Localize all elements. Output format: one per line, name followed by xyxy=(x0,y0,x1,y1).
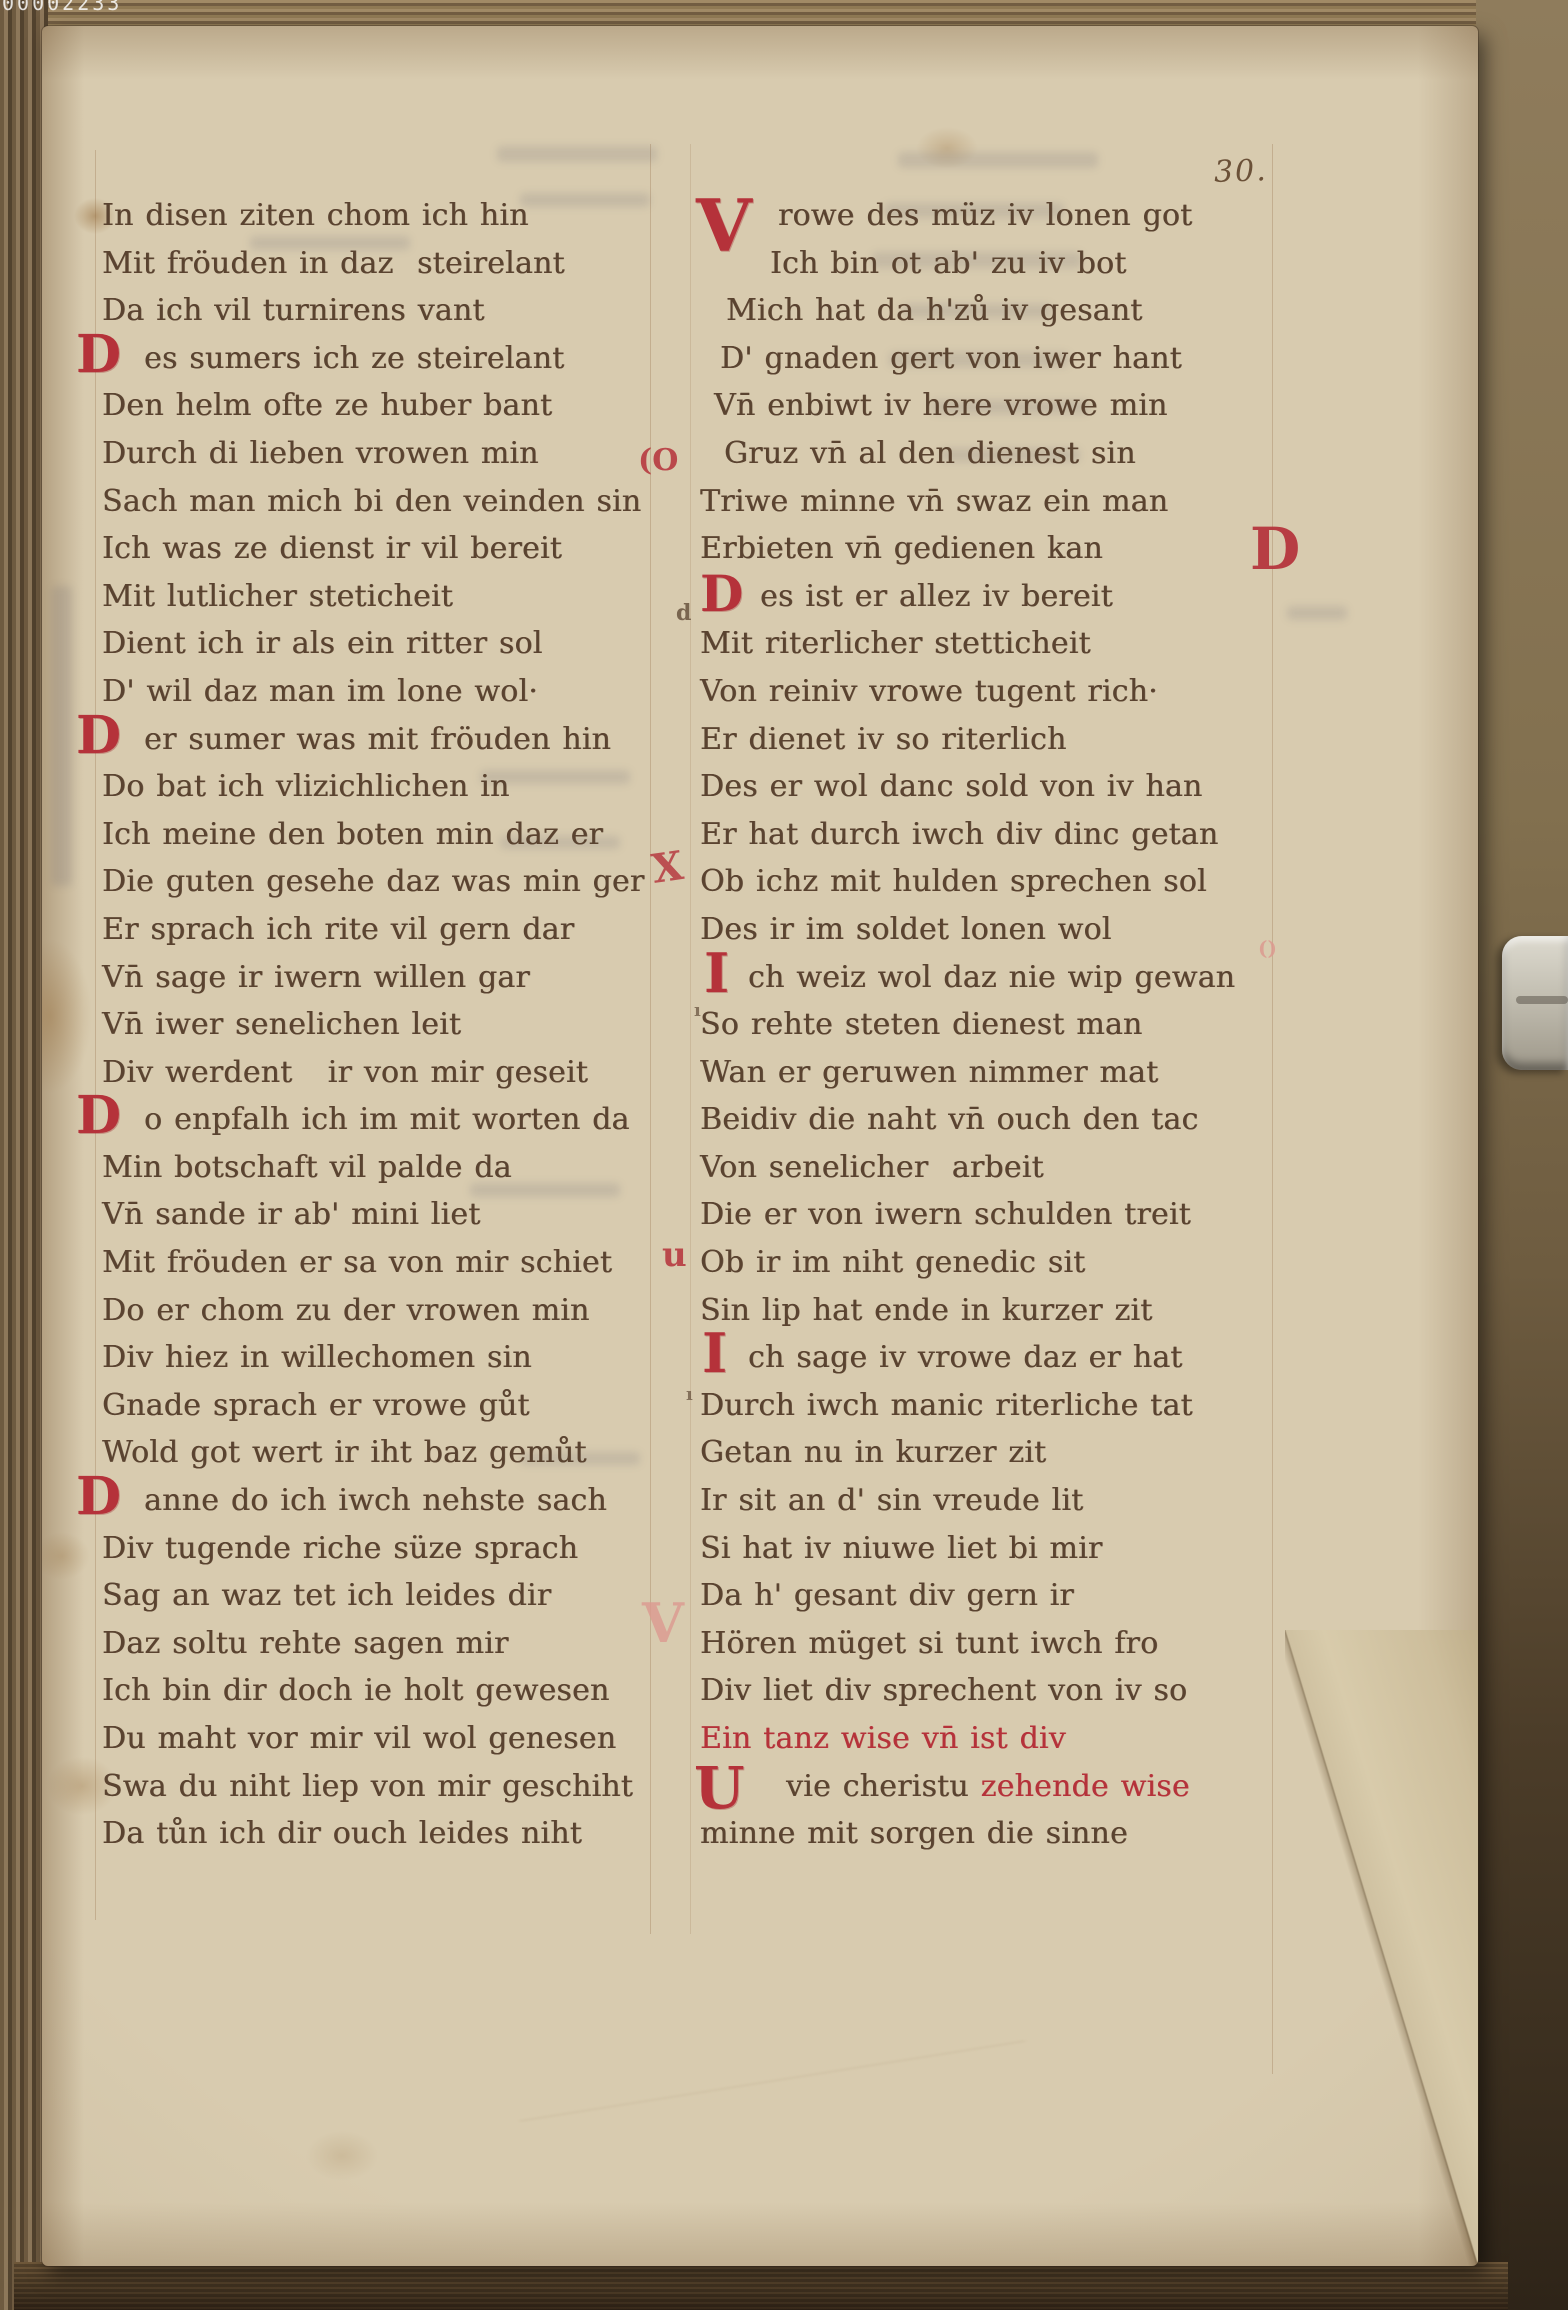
verse-line: Gnade sprach er vrowe gůt xyxy=(102,1382,662,1430)
verse-text: Mit fröuden er sa von mir schiet xyxy=(102,1245,612,1280)
verse-line: Ob ichz mit hulden sprechen sol xyxy=(700,858,1284,906)
verse-text: Getan nu in kurzer zit xyxy=(700,1435,1046,1470)
verse-line: Si hat iv niuwe liet bi mir xyxy=(700,1525,1284,1573)
verse-line: Swa du niht liep von mir geschiht xyxy=(102,1763,662,1811)
verse-line: Von reiniv vrowe tugent rich· xyxy=(700,668,1284,716)
book-fore-edge xyxy=(1476,0,1568,2310)
verse-line: Sach man mich bi den veinden sin xyxy=(102,478,662,526)
rubric-initial: D xyxy=(76,1090,121,1142)
parchment-page: 30. In disen ziten chom ich hinMit fröud… xyxy=(42,26,1478,2266)
show-through-ghost xyxy=(1287,606,1347,620)
rubricator-mark: () xyxy=(1258,938,1277,958)
verse-line: Vrowe des müz iv lonen got xyxy=(700,192,1284,240)
verse-line: D' wil daz man im lone wol· xyxy=(102,668,662,716)
verse-text: zehende wise xyxy=(981,1769,1190,1804)
verse-text: Daz soltu rehte sagen mir xyxy=(102,1626,509,1661)
verse-text: Vn̄ sage ir iwern willen gar xyxy=(102,960,530,995)
verse-text: Des er wol danc sold von iv han xyxy=(700,769,1202,804)
rubric-initial: D xyxy=(76,710,121,762)
verse-text: ch sage iv vrowe daz er hat xyxy=(748,1340,1183,1375)
verse-line: Da tůn ich dir ouch leides niht xyxy=(102,1810,662,1858)
rubricator-mark: d xyxy=(676,602,691,624)
verse-line: Ich meine den boten min daz er xyxy=(102,811,662,859)
verse-text: er sumer was mit fröuden hin xyxy=(144,722,611,757)
verse-text: Div tugende riche süze sprach xyxy=(102,1531,578,1566)
rubric-initial: D xyxy=(700,569,744,619)
verse-text: Ich bin dir doch ie holt gewesen xyxy=(102,1673,609,1708)
verse-line: Du maht vor mir vil wol genesen xyxy=(102,1715,662,1763)
verse-text: Hören müget si tunt iwch fro xyxy=(700,1626,1158,1661)
verse-text: Von senelicher arbeit xyxy=(700,1150,1044,1185)
book-bottom-edge xyxy=(14,2262,1508,2310)
verse-text: Gnade sprach er vrowe gůt xyxy=(102,1388,530,1423)
book-left-edge xyxy=(0,0,48,2310)
verse-line: Sin lip hat ende in kurzer zit xyxy=(700,1287,1284,1335)
verse-text: D' gnaden gert von iwer hant xyxy=(720,341,1182,376)
verse-text: Da h' gesant div gern ir xyxy=(700,1578,1074,1613)
verse-line: Erbieten vn̄ gedienen kan xyxy=(700,525,1284,573)
verse-line: D' gnaden gert von iwer hant xyxy=(700,335,1284,383)
show-through-ghost xyxy=(898,152,1098,168)
verse-text: Mit lutlicher steticheit xyxy=(102,579,453,614)
verse-line: Danne do ich iwch nehste sach xyxy=(102,1477,662,1525)
verse-text: es ist er allez iv bereit xyxy=(760,579,1113,614)
verse-text: Sach man mich bi den veinden sin xyxy=(102,484,641,519)
verse-line: Vn̄ sage ir iwern willen gar xyxy=(102,954,662,1002)
verse-text: Div hiez in willechomen sin xyxy=(102,1340,532,1375)
verse-text: Gruz vn̄ al den dienest sin xyxy=(724,436,1136,471)
verse-line: Div hiez in willechomen sin xyxy=(102,1334,662,1382)
page-corner-fold xyxy=(1285,1630,1478,2266)
verse-text: o enpfalh ich im mit worten da xyxy=(144,1102,630,1137)
verse-text: Vn̄ sande ir ab' mini liet xyxy=(102,1197,480,1232)
verse-text: Er sprach ich rite vil gern dar xyxy=(102,912,574,947)
verse-line: Dient ich ir als ein ritter sol xyxy=(102,620,662,668)
verse-text: Erbieten vn̄ gedienen kan xyxy=(700,531,1103,566)
verse-line: Wan er geruwen nimmer mat xyxy=(700,1049,1284,1097)
verse-line: Div tugende riche süze sprach xyxy=(102,1525,662,1573)
verse-line: Ob ir im niht genedic sit xyxy=(700,1239,1284,1287)
verse-text: Den helm ofte ze huber bant xyxy=(102,388,552,423)
verse-line: Do bat ich vlizichlichen in xyxy=(102,763,662,811)
verse-text: Ich was ze dienst ir vil bereit xyxy=(102,531,562,566)
scan-id-number: 00002233 xyxy=(2,0,122,15)
rubric-initial: I xyxy=(704,946,729,1000)
verse-column-right: Vrowe des müz iv lonen gotIch bin ot ab'… xyxy=(700,192,1284,1858)
verse-line: Min botschaft vil palde da xyxy=(102,1144,662,1192)
verse-line: Sag an waz tet ich leides dir xyxy=(102,1572,662,1620)
verse-line: Vn̄ enbiwt iv here vrowe min xyxy=(700,382,1284,430)
verse-text: Mit riterlicher stetticheit xyxy=(700,626,1091,661)
parchment-crease xyxy=(462,2041,1082,2121)
verse-line: Mit fröuden er sa von mir schiet xyxy=(102,1239,662,1287)
verse-text: Ich bin ot ab' zu iv bot xyxy=(770,246,1127,281)
verse-line: Mit lutlicher steticheit xyxy=(102,573,662,621)
verse-line: Ich bin ot ab' zu iv bot xyxy=(700,240,1284,288)
verse-line: Durch iwch manic riterliche tat xyxy=(700,1382,1284,1430)
verse-line: Triwe minne vn̄ swaz ein man xyxy=(700,478,1284,526)
verse-line: Den helm ofte ze huber bant xyxy=(102,382,662,430)
verse-text: Do bat ich vlizichlichen in xyxy=(102,769,510,804)
verse-text: Wold got wert ir iht baz gemůt xyxy=(102,1435,587,1470)
verse-text: Ob ichz mit hulden sprechen sol xyxy=(700,864,1207,899)
verse-text: es sumers ich ze steirelant xyxy=(144,341,564,376)
verse-line: Durch di lieben vrowen min xyxy=(102,430,662,478)
verse-line: Wold got wert ir iht baz gemůt xyxy=(102,1429,662,1477)
rubric-initial: D xyxy=(76,329,121,381)
ruling-line xyxy=(690,144,691,1934)
verse-line: Div werdent ir von mir geseit xyxy=(102,1049,662,1097)
verse-line: Da ich vil turnirens vant xyxy=(102,287,662,335)
page-holder-clamp xyxy=(1502,936,1568,1070)
verse-text: Die guten gesehe daz was min ger xyxy=(102,864,644,899)
verse-text: Ob ir im niht genedic sit xyxy=(700,1245,1085,1280)
verse-line: Daz soltu rehte sagen mir xyxy=(102,1620,662,1668)
show-through-ghost xyxy=(52,586,72,886)
verse-text: Beidiv die naht vn̄ ouch den tac xyxy=(700,1102,1199,1137)
verse-line: Die guten gesehe daz was min ger xyxy=(102,858,662,906)
verse-text: Durch di lieben vrowen min xyxy=(102,436,539,471)
verse-line: Er hat durch iwch div dinc getan xyxy=(700,811,1284,859)
verse-line: Er sprach ich rite vil gern dar xyxy=(102,906,662,954)
verse-text: Div werdent ir von mir geseit xyxy=(102,1055,588,1090)
verse-text: Vn̄ enbiwt iv here vrowe min xyxy=(714,388,1168,423)
verse-text: Da ich vil turnirens vant xyxy=(102,293,485,328)
verse-text: Die er von iwern schulden treit xyxy=(700,1197,1191,1232)
verse-text: Min botschaft vil palde da xyxy=(102,1150,512,1185)
verse-text: minne mit sorgen die sinne xyxy=(700,1816,1128,1851)
verse-line: Div liet div sprechent von iv so xyxy=(700,1667,1284,1715)
ruling-line xyxy=(95,150,96,1920)
verse-text: Wan er geruwen nimmer mat xyxy=(700,1055,1158,1090)
verse-line: In disen ziten chom ich hin xyxy=(102,192,662,240)
verse-line: Von senelicher arbeit xyxy=(700,1144,1284,1192)
verse-line: So rehte steten dienest man xyxy=(700,1001,1284,1049)
verse-line: Da h' gesant div gern ir xyxy=(700,1572,1284,1620)
clamp-slot xyxy=(1516,996,1568,1004)
verse-line: Ir sit an d' sin vreude lit xyxy=(700,1477,1284,1525)
verse-line: Ich was ze dienst ir vil bereit xyxy=(102,525,662,573)
verse-line: Vn̄ sande ir ab' mini liet xyxy=(102,1191,662,1239)
verse-line: Er dienet iv so riterlich xyxy=(700,716,1284,764)
verse-text: So rehte steten dienest man xyxy=(700,1007,1142,1042)
rubricator-mark: ı xyxy=(694,1002,701,1020)
verse-line: Hören müget si tunt iwch fro xyxy=(700,1620,1284,1668)
verse-line: Mit riterlicher stetticheit xyxy=(700,620,1284,668)
verse-line: Des sumers ich ze steirelant xyxy=(102,335,662,383)
verse-text: Mich hat da h'zů iv gesant xyxy=(726,293,1143,328)
verse-text: rowe des müz iv lonen got xyxy=(778,198,1192,233)
verse-line: Do enpfalh ich im mit worten da xyxy=(102,1096,662,1144)
show-through-ghost xyxy=(497,146,657,162)
rubricator-mark: (O xyxy=(638,446,678,476)
verse-text: Mit fröuden in daz steirelant xyxy=(102,246,565,281)
verse-line: Des er wol danc sold von iv han xyxy=(700,763,1284,811)
verse-line: Mich hat da h'zů iv gesant xyxy=(700,287,1284,335)
rubric-initial: D xyxy=(76,1471,121,1523)
verse-text: Vn̄ iwer senelichen leit xyxy=(102,1007,461,1042)
verse-text: In disen ziten chom ich hin xyxy=(102,198,529,233)
verse-line: Ich weiz wol daz nie wip gewan xyxy=(700,954,1284,1002)
verse-line: Die er von iwern schulden treit xyxy=(700,1191,1284,1239)
verse-line: Do er chom zu der vrowen min xyxy=(102,1287,662,1335)
verse-text: Du maht vor mir vil wol genesen xyxy=(102,1721,616,1756)
verse-text: Ich meine den boten min daz er xyxy=(102,817,603,852)
verse-line: Beidiv die naht vn̄ ouch den tac xyxy=(700,1096,1284,1144)
folio-number: 30. xyxy=(1213,153,1268,190)
verse-text: Ein tanz wise vn̄ ist div xyxy=(700,1721,1066,1756)
verse-line: Des ist er allez iv bereit xyxy=(700,573,1284,621)
verse-text: anne do ich iwch nehste sach xyxy=(144,1483,607,1518)
verse-line: Vn̄ iwer senelichen leit xyxy=(102,1001,662,1049)
verse-text: vie cheristu xyxy=(786,1769,981,1804)
verse-line: Ich bin dir doch ie holt gewesen xyxy=(102,1667,662,1715)
verse-text: Sin lip hat ende in kurzer zit xyxy=(700,1293,1153,1328)
verse-text: Dient ich ir als ein ritter sol xyxy=(102,626,543,661)
verse-text: ch weiz wol daz nie wip gewan xyxy=(748,960,1235,995)
verse-text: D' wil daz man im lone wol· xyxy=(102,674,538,709)
verse-text: Sag an waz tet ich leides dir xyxy=(102,1578,551,1613)
verse-text: Do er chom zu der vrowen min xyxy=(102,1293,590,1328)
rubricator-mark: V xyxy=(642,1596,684,1650)
verse-line: Getan nu in kurzer zit xyxy=(700,1429,1284,1477)
verse-text: Er dienet iv so riterlich xyxy=(700,722,1066,757)
rubricator-mark: X xyxy=(649,846,685,890)
verse-column-left: In disen ziten chom ich hinMit fröuden i… xyxy=(102,192,662,1858)
verse-line: Mit fröuden in daz steirelant xyxy=(102,240,662,288)
verse-line: Des ir im soldet lonen wol xyxy=(700,906,1284,954)
verse-text: Swa du niht liep von mir geschiht xyxy=(102,1769,633,1804)
rubricator-mark: u xyxy=(662,1238,687,1272)
verse-line: Ich sage iv vrowe daz er hat xyxy=(700,1334,1284,1382)
rubric-initial: I xyxy=(702,1326,727,1380)
manuscript-scan: 00002233 30. In disen ziten chom ich hin… xyxy=(0,0,1568,2310)
verse-text: Triwe minne vn̄ swaz ein man xyxy=(700,484,1168,519)
verse-line: Ein tanz wise vn̄ ist div xyxy=(700,1715,1284,1763)
rubric-initial: U xyxy=(694,1759,745,1817)
verse-text: Durch iwch manic riterliche tat xyxy=(700,1388,1193,1423)
verse-line: Uvie cheristu zehende wise xyxy=(700,1763,1284,1811)
verse-text: Des ir im soldet lonen wol xyxy=(700,912,1112,947)
rubricator-mark: D xyxy=(1250,520,1300,578)
verse-text: Da tůn ich dir ouch leides niht xyxy=(102,1816,582,1851)
verse-text: Div liet div sprechent von iv so xyxy=(700,1673,1187,1708)
rubricator-mark: ı xyxy=(686,1386,693,1404)
verse-line: minne mit sorgen die sinne xyxy=(700,1810,1284,1858)
verse-text: Er hat durch iwch div dinc getan xyxy=(700,817,1218,852)
verse-text: Si hat iv niuwe liet bi mir xyxy=(700,1531,1102,1566)
verse-text: Ir sit an d' sin vreude lit xyxy=(700,1483,1083,1518)
verse-line: Der sumer was mit fröuden hin xyxy=(102,716,662,764)
verse-text: Von reiniv vrowe tugent rich· xyxy=(700,674,1158,709)
verse-line: Gruz vn̄ al den dienest sin xyxy=(700,430,1284,478)
